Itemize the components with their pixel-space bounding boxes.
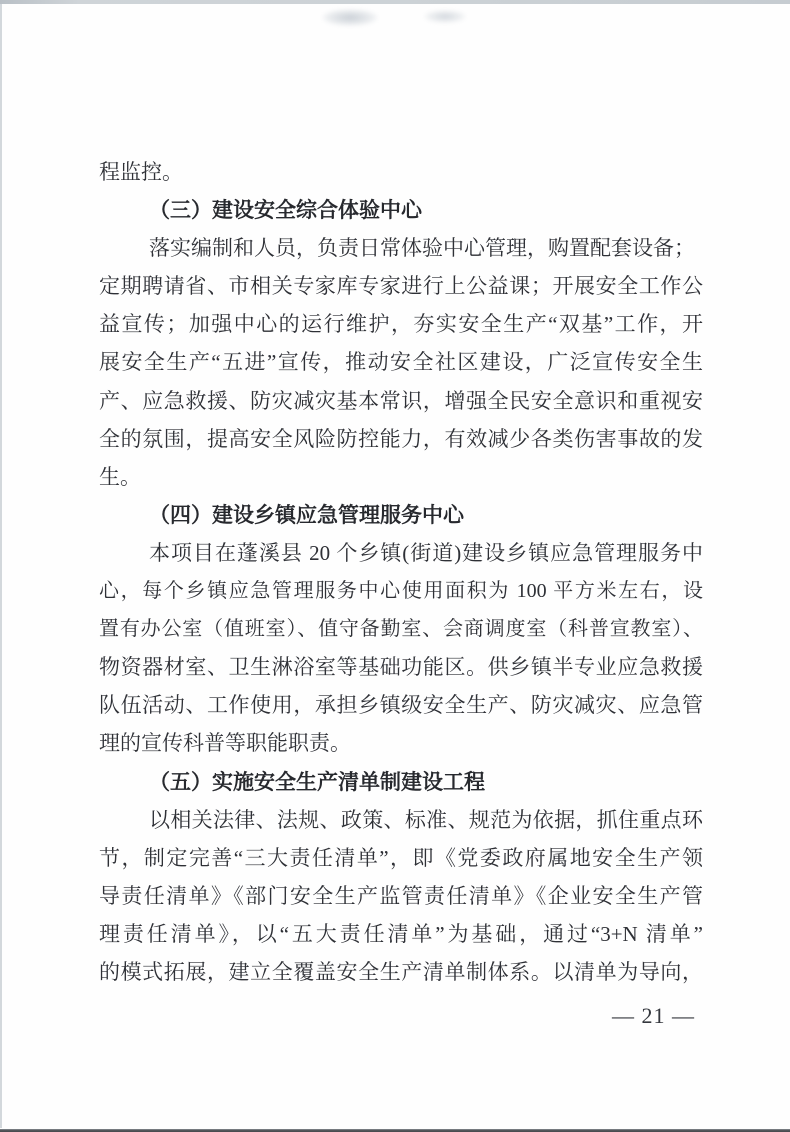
- text-line: 理的宣传科普等职能职责。: [99, 724, 703, 762]
- scanned-document-page: 程监控。（三）建设安全综合体验中心落实编制和人员，负责日常体验中心管理，购置配套…: [0, 0, 790, 1132]
- scan-smudge: [322, 9, 378, 26]
- text-line: 落实编制和人员，负责日常体验中心管理，购置配套设备；: [99, 229, 703, 267]
- text-line: 的模式拓展，建立全覆盖安全生产清单制体系。以清单为导向，: [99, 953, 703, 991]
- text-line: 展安全生产“五进”宣传，推动安全社区建设，广泛宣传安全生: [99, 343, 703, 381]
- section-heading: （五）实施安全生产清单制建设工程: [99, 763, 703, 801]
- text-line: 心，每个乡镇应急管理服务中心使用面积为 100 平方米左右，设: [99, 572, 703, 610]
- scan-artifact-left-line: [0, 4, 2, 1128]
- text-line: 节，制定完善“三大责任清单”，即《党委政府属地安全生产领: [99, 839, 703, 877]
- section-heading: （四）建设乡镇应急管理服务中心: [99, 496, 703, 534]
- text-line: 生。: [99, 458, 703, 496]
- text-line: 物资器材室、卫生淋浴室等基础功能区。供乡镇半专业应急救援: [99, 648, 703, 686]
- text-line: 理责任清单》，以“五大责任清单”为基础，通过“3+N 清单”: [99, 915, 703, 953]
- scan-artifact-top-bar: [0, 0, 790, 4]
- text-line: 导责任清单》《部门安全生产监管责任清单》《企业安全生产管: [99, 877, 703, 915]
- section-heading: （三）建设安全综合体验中心: [99, 191, 703, 229]
- text-line: 全的氛围，提高安全风险防控能力，有效减少各类伤害事故的发: [99, 420, 703, 458]
- scan-smudge: [424, 10, 466, 23]
- document-body: 程监控。（三）建设安全综合体验中心落实编制和人员，负责日常体验中心管理，购置配套…: [99, 153, 703, 991]
- text-line: 队伍活动、工作使用，承担乡镇级安全生产、防灾减灾、应急管: [99, 686, 703, 724]
- text-line: 益宣传；加强中心的运行维护，夯实安全生产“双基”工作，开: [99, 305, 703, 343]
- text-line: 本项目在蓬溪县 20 个乡镇(街道)建设乡镇应急管理服务中: [99, 534, 703, 572]
- text-line: 产、应急救援、防灾减灾基本常识，增强全民安全意识和重视安: [99, 382, 703, 420]
- text-line: 定期聘请省、市相关专家库专家进行上公益课；开展安全工作公: [99, 267, 703, 305]
- text-line: 置有办公室（值班室）、值守备勤室、会商调度室（科普宣教室）、: [99, 610, 703, 648]
- text-line: 程监控。: [99, 153, 703, 191]
- text-line: 以相关法律、法规、政策、标准、规范为依据，抓住重点环: [99, 801, 703, 839]
- page-number: — 21 —: [612, 1002, 695, 1030]
